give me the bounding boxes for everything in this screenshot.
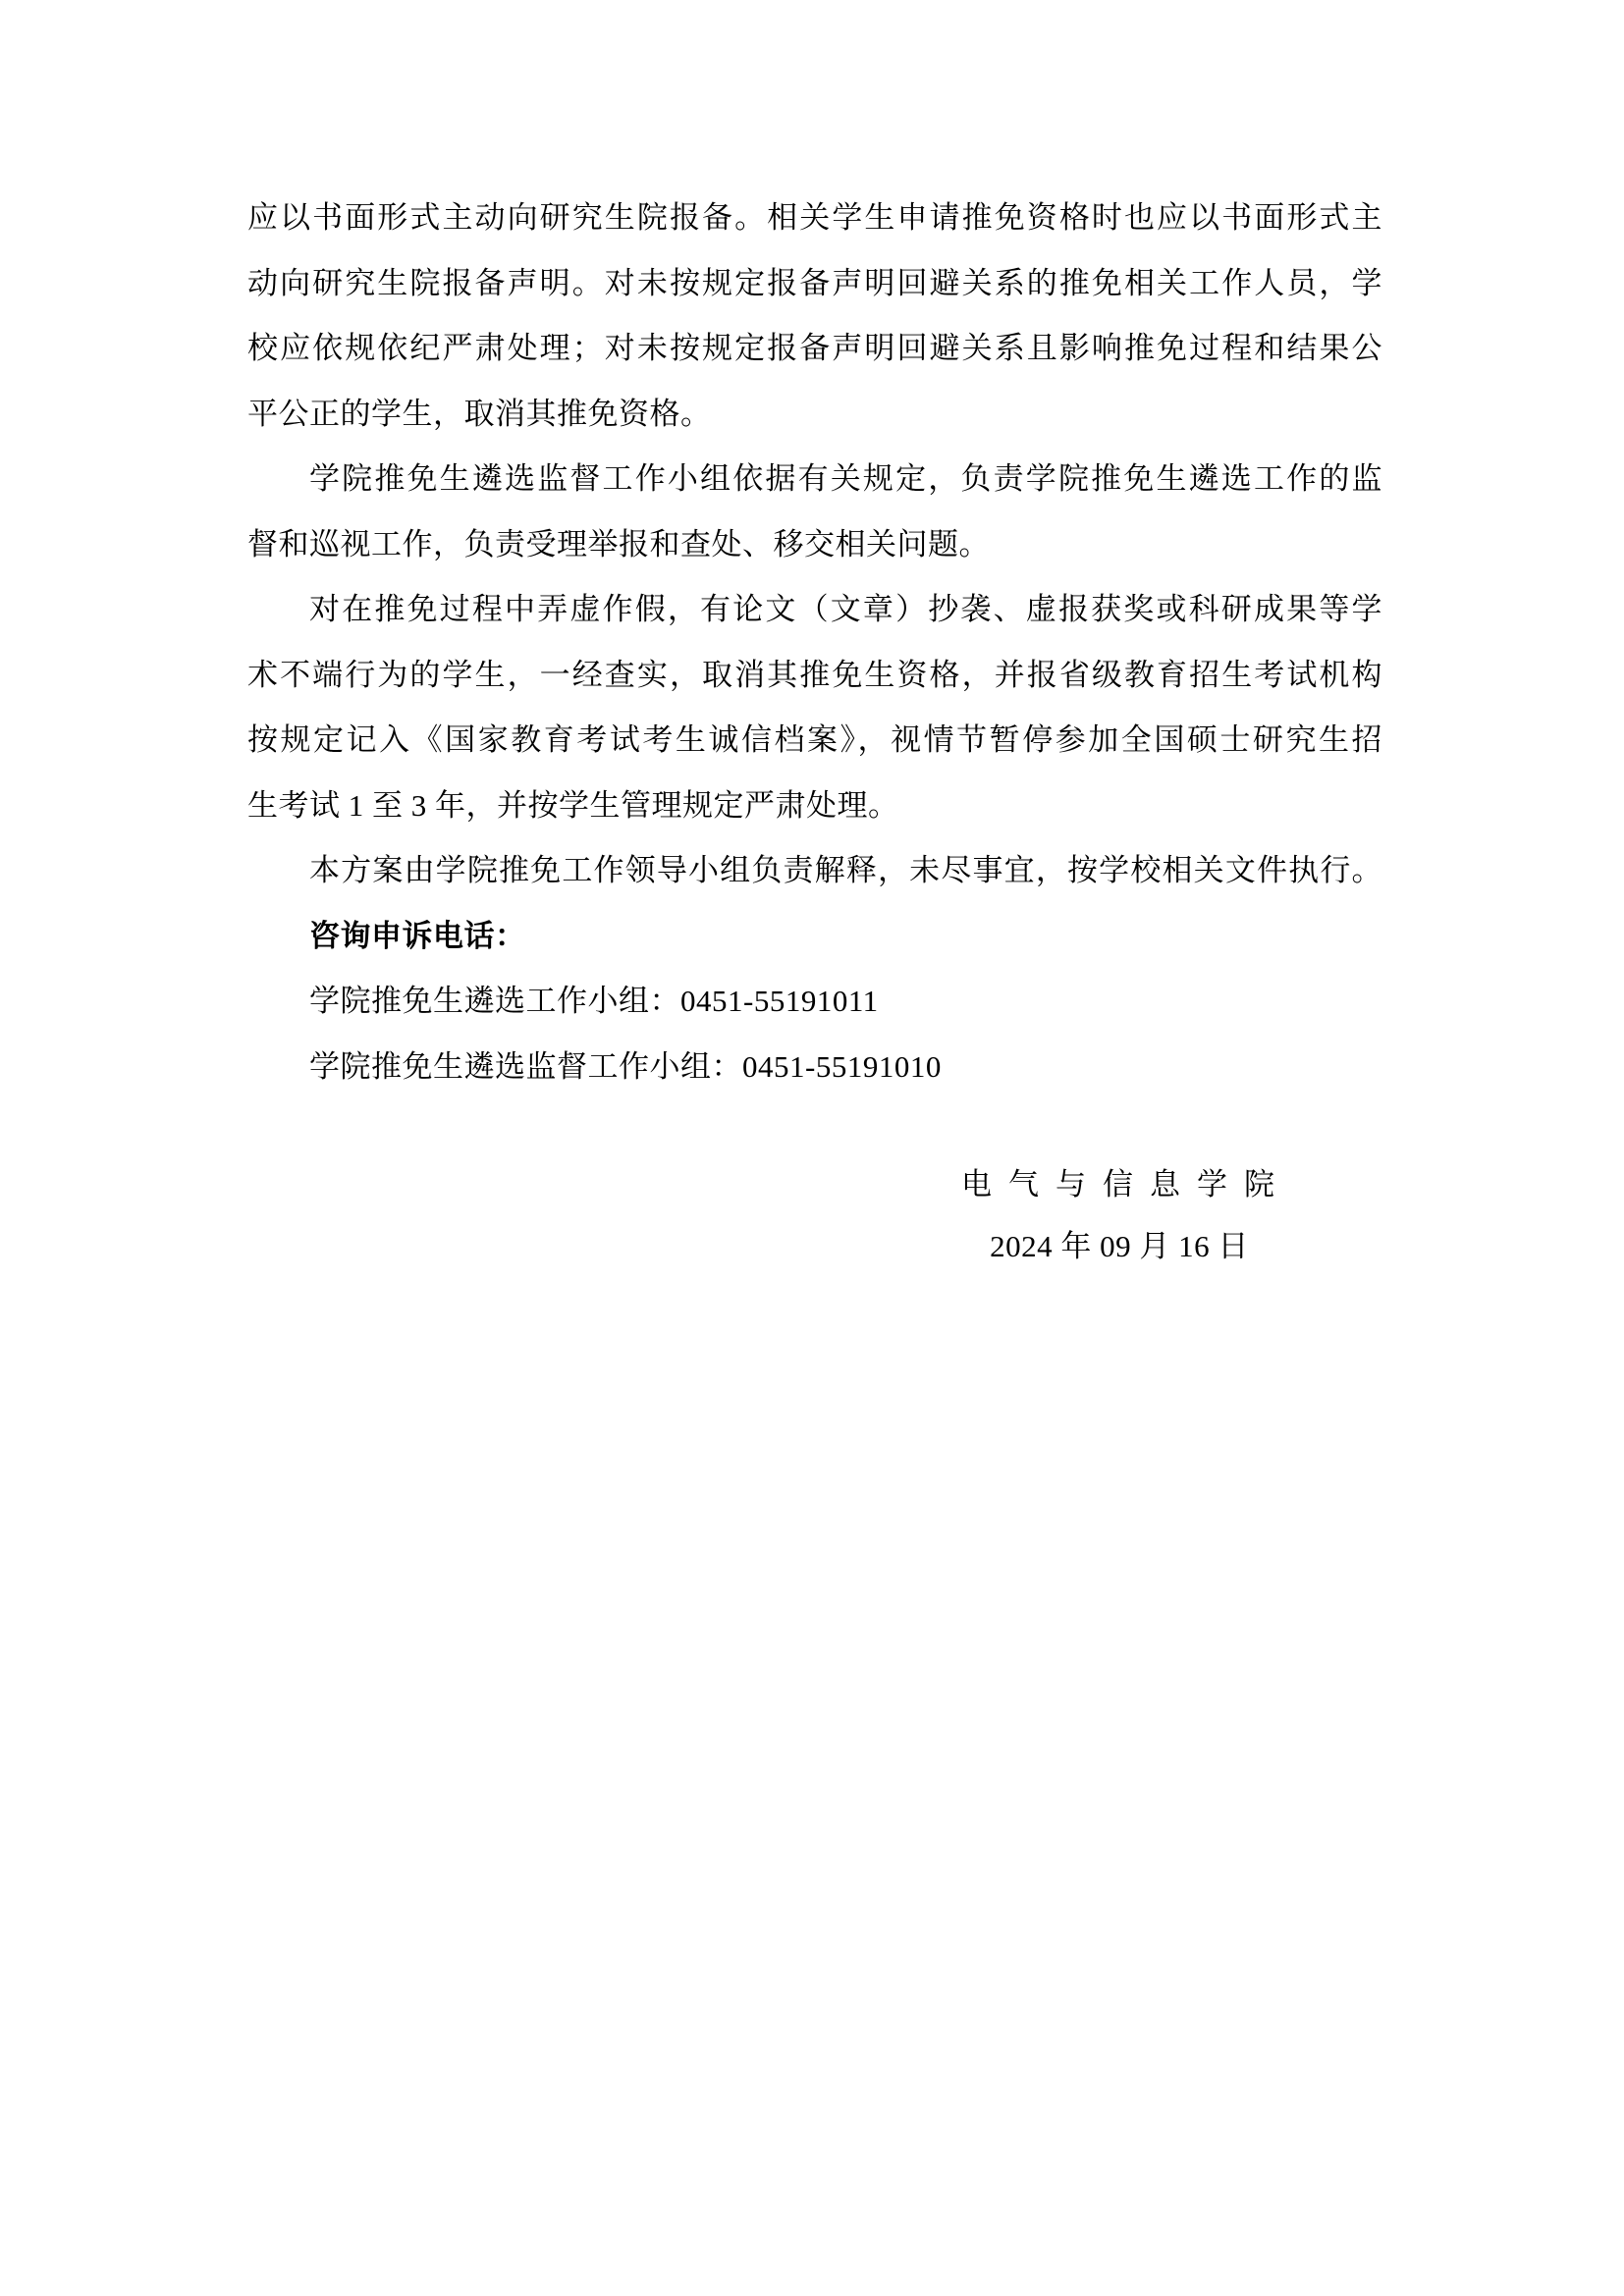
body-line: 对在推免过程中弄虚作假，有论文（文章）抄袭、虚报获奖或科研成果等学 [247, 577, 1382, 643]
body-line: 学院推免生遴选监督工作小组依据有关规定，负责学院推免生遴选工作的监 [247, 447, 1382, 512]
body-line: 校应依规依纪严肃处理；对未按规定报备声明回避关系且影响推免过程和结果公 [247, 316, 1382, 382]
contact-heading: 咨询申诉电话： [247, 904, 1382, 970]
body-line: 应以书面形式主动向研究生院报备。相关学生申请推免资格时也应以书面形式主 [247, 186, 1382, 251]
body-line: 平公正的学生，取消其推免资格。 [247, 382, 1382, 448]
body-line: 本方案由学院推免工作领导小组负责解释，未尽事宜，按学校相关文件执行。 [247, 838, 1382, 904]
document-body: 应以书面形式主动向研究生院报备。相关学生申请推免资格时也应以书面形式主 动向研究… [247, 186, 1382, 1099]
body-line: 动向研究生院报备声明。对未按规定报备声明回避关系的推免相关工作人员，学 [247, 251, 1382, 317]
body-line: 生考试 1 至 3 年，并按学生管理规定严肃处理。 [247, 774, 1382, 839]
body-line: 督和巡视工作，负责受理举报和查处、移交相关问题。 [247, 512, 1382, 578]
document-page: 应以书面形式主动向研究生院报备。相关学生申请推免资格时也应以书面形式主 动向研究… [0, 0, 1624, 2296]
body-line: 按规定记入《国家教育考试考生诚信档案》，视情节暂停参加全国硕士研究生招 [247, 708, 1382, 774]
body-line: 术不端行为的学生，一经查实，取消其推免生资格，并报省级教育招生考试机构 [247, 643, 1382, 709]
signature-date: 2024 年 09 月 16 日 [933, 1215, 1306, 1277]
signature-org: 电气与信息学院 [933, 1153, 1306, 1215]
phone-line-supervision-group: 学院推免生遴选监督工作小组：0451-55191010 [247, 1035, 1382, 1100]
signature-block: 电气与信息学院 2024 年 09 月 16 日 [933, 1153, 1306, 1277]
phone-line-selection-group: 学院推免生遴选工作小组：0451-55191011 [247, 969, 1382, 1035]
